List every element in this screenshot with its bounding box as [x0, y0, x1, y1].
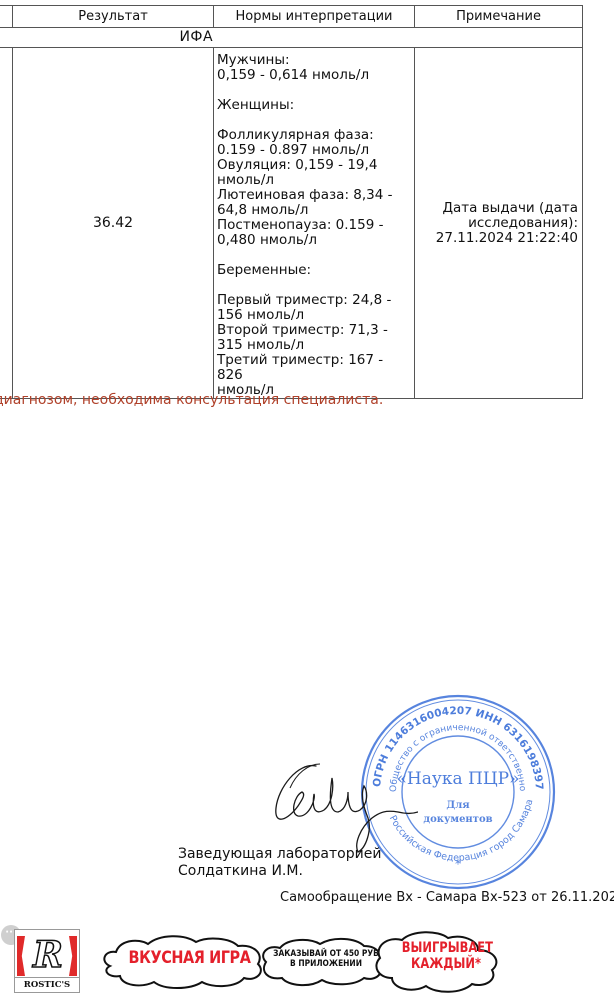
group-label-text: ИФА — [179, 29, 213, 45]
test-cell — [0, 48, 13, 399]
ad-subtext-line-2: В ПРИЛОЖЕНИИ — [271, 959, 380, 969]
rostics-logo[interactable]: R ROSTIC'S — [14, 929, 80, 993]
table-header-row: Результат Нормы интерпретации Примечание — [0, 6, 583, 28]
ad-headline: ВКУСНАЯ ИГРА — [129, 948, 248, 968]
norm-postmeno-2: 0,480 нмоль/л — [217, 233, 411, 248]
norm-tri2-2: 315 нмоль/л — [217, 338, 411, 353]
norm-pregnant-title: Беременные: — [217, 263, 411, 278]
svg-text:документов: документов — [423, 814, 492, 825]
referral-text: Самообращение Вх - Самара Вх-523 от 26.1… — [280, 890, 614, 905]
logo-letter: R — [33, 934, 63, 976]
group-spacer — [0, 28, 13, 48]
ad-subtext-line-1: ЗАКАЗЫВАЙ ОТ 450 РУБ — [271, 949, 380, 959]
logo-red-left — [17, 936, 25, 976]
norm-postmeno-1: Постменопауза: 0.159 - — [217, 218, 411, 233]
header-note: Примечание — [415, 6, 583, 28]
note-line-2: исследования): — [418, 216, 578, 231]
norm-tri1-2: 156 нмоль/л — [217, 308, 411, 323]
note-cell: Дата выдачи (дата исследования): 27.11.2… — [415, 48, 583, 399]
signature-icon — [268, 748, 418, 858]
norm-follicular-1: Фолликулярная фаза: — [217, 128, 411, 143]
header-test — [0, 6, 13, 28]
norm-tri2-1: Второй триместр: 71,3 - — [217, 323, 411, 338]
logo-brand-name: ROSTIC'S — [15, 977, 79, 990]
norm-tri1-1: Первый триместр: 24,8 - — [217, 293, 411, 308]
norm-ovulation-2: нмоль/л — [217, 173, 411, 188]
norm-men-title: Мужчины: — [217, 53, 411, 68]
norm-follicular-2: 0.159 - 0.897 нмоль/л — [217, 143, 411, 158]
norm-women-title: Женщины: — [217, 98, 411, 113]
ad-callout: ВЫИГРЫВАЕТ КАЖДЫЙ* — [402, 940, 491, 972]
svg-text:Для: Для — [446, 800, 470, 811]
logo-red-right — [69, 936, 77, 976]
norms-cell: Мужчины: 0,159 - 0,614 нмоль/л Женщины: … — [214, 48, 415, 399]
svg-text:*: * — [455, 857, 461, 871]
norm-luteal-1: Лютеиновая фаза: 8,34 - — [217, 188, 411, 203]
norm-ovulation-1: Овуляция: 0,159 - 19,4 — [217, 158, 411, 173]
results-table: Результат Нормы интерпретации Примечание… — [0, 5, 583, 399]
note-line-1: Дата выдачи (дата — [418, 201, 578, 216]
norm-men-range: 0,159 - 0,614 нмоль/л — [217, 68, 411, 83]
signer-position: Заведующая лабораторией — [178, 846, 381, 863]
result-value: 36.42 — [13, 48, 214, 399]
norm-luteal-2: 64,8 нмоль/л — [217, 203, 411, 218]
norm-tri3-1: Третий триместр: 167 - 826 — [217, 353, 411, 383]
ad-subtext: ЗАКАЗЫВАЙ ОТ 450 РУБ В ПРИЛОЖЕНИИ — [271, 949, 380, 969]
group-label: ИФА — [13, 28, 583, 48]
ad-callout-line-2: КАЖДЫЙ* — [402, 956, 491, 972]
signature-block: Заведующая лабораторией Солдаткина И.М. — [178, 846, 381, 880]
ad-callout-line-1: ВЫИГРЫВАЕТ — [402, 940, 491, 956]
signer-name: Солдаткина И.М. — [178, 863, 381, 880]
header-norms: Нормы интерпретации — [214, 6, 415, 28]
group-row: ИФА — [0, 28, 583, 48]
issue-date: 27.11.2024 21:22:40 — [418, 231, 578, 246]
disclaimer-text: диагнозом, необходима консультация специ… — [0, 392, 383, 408]
header-result: Результат — [13, 6, 214, 28]
table-row: 36.42 Мужчины: 0,159 - 0,614 нмоль/л Жен… — [0, 48, 583, 399]
